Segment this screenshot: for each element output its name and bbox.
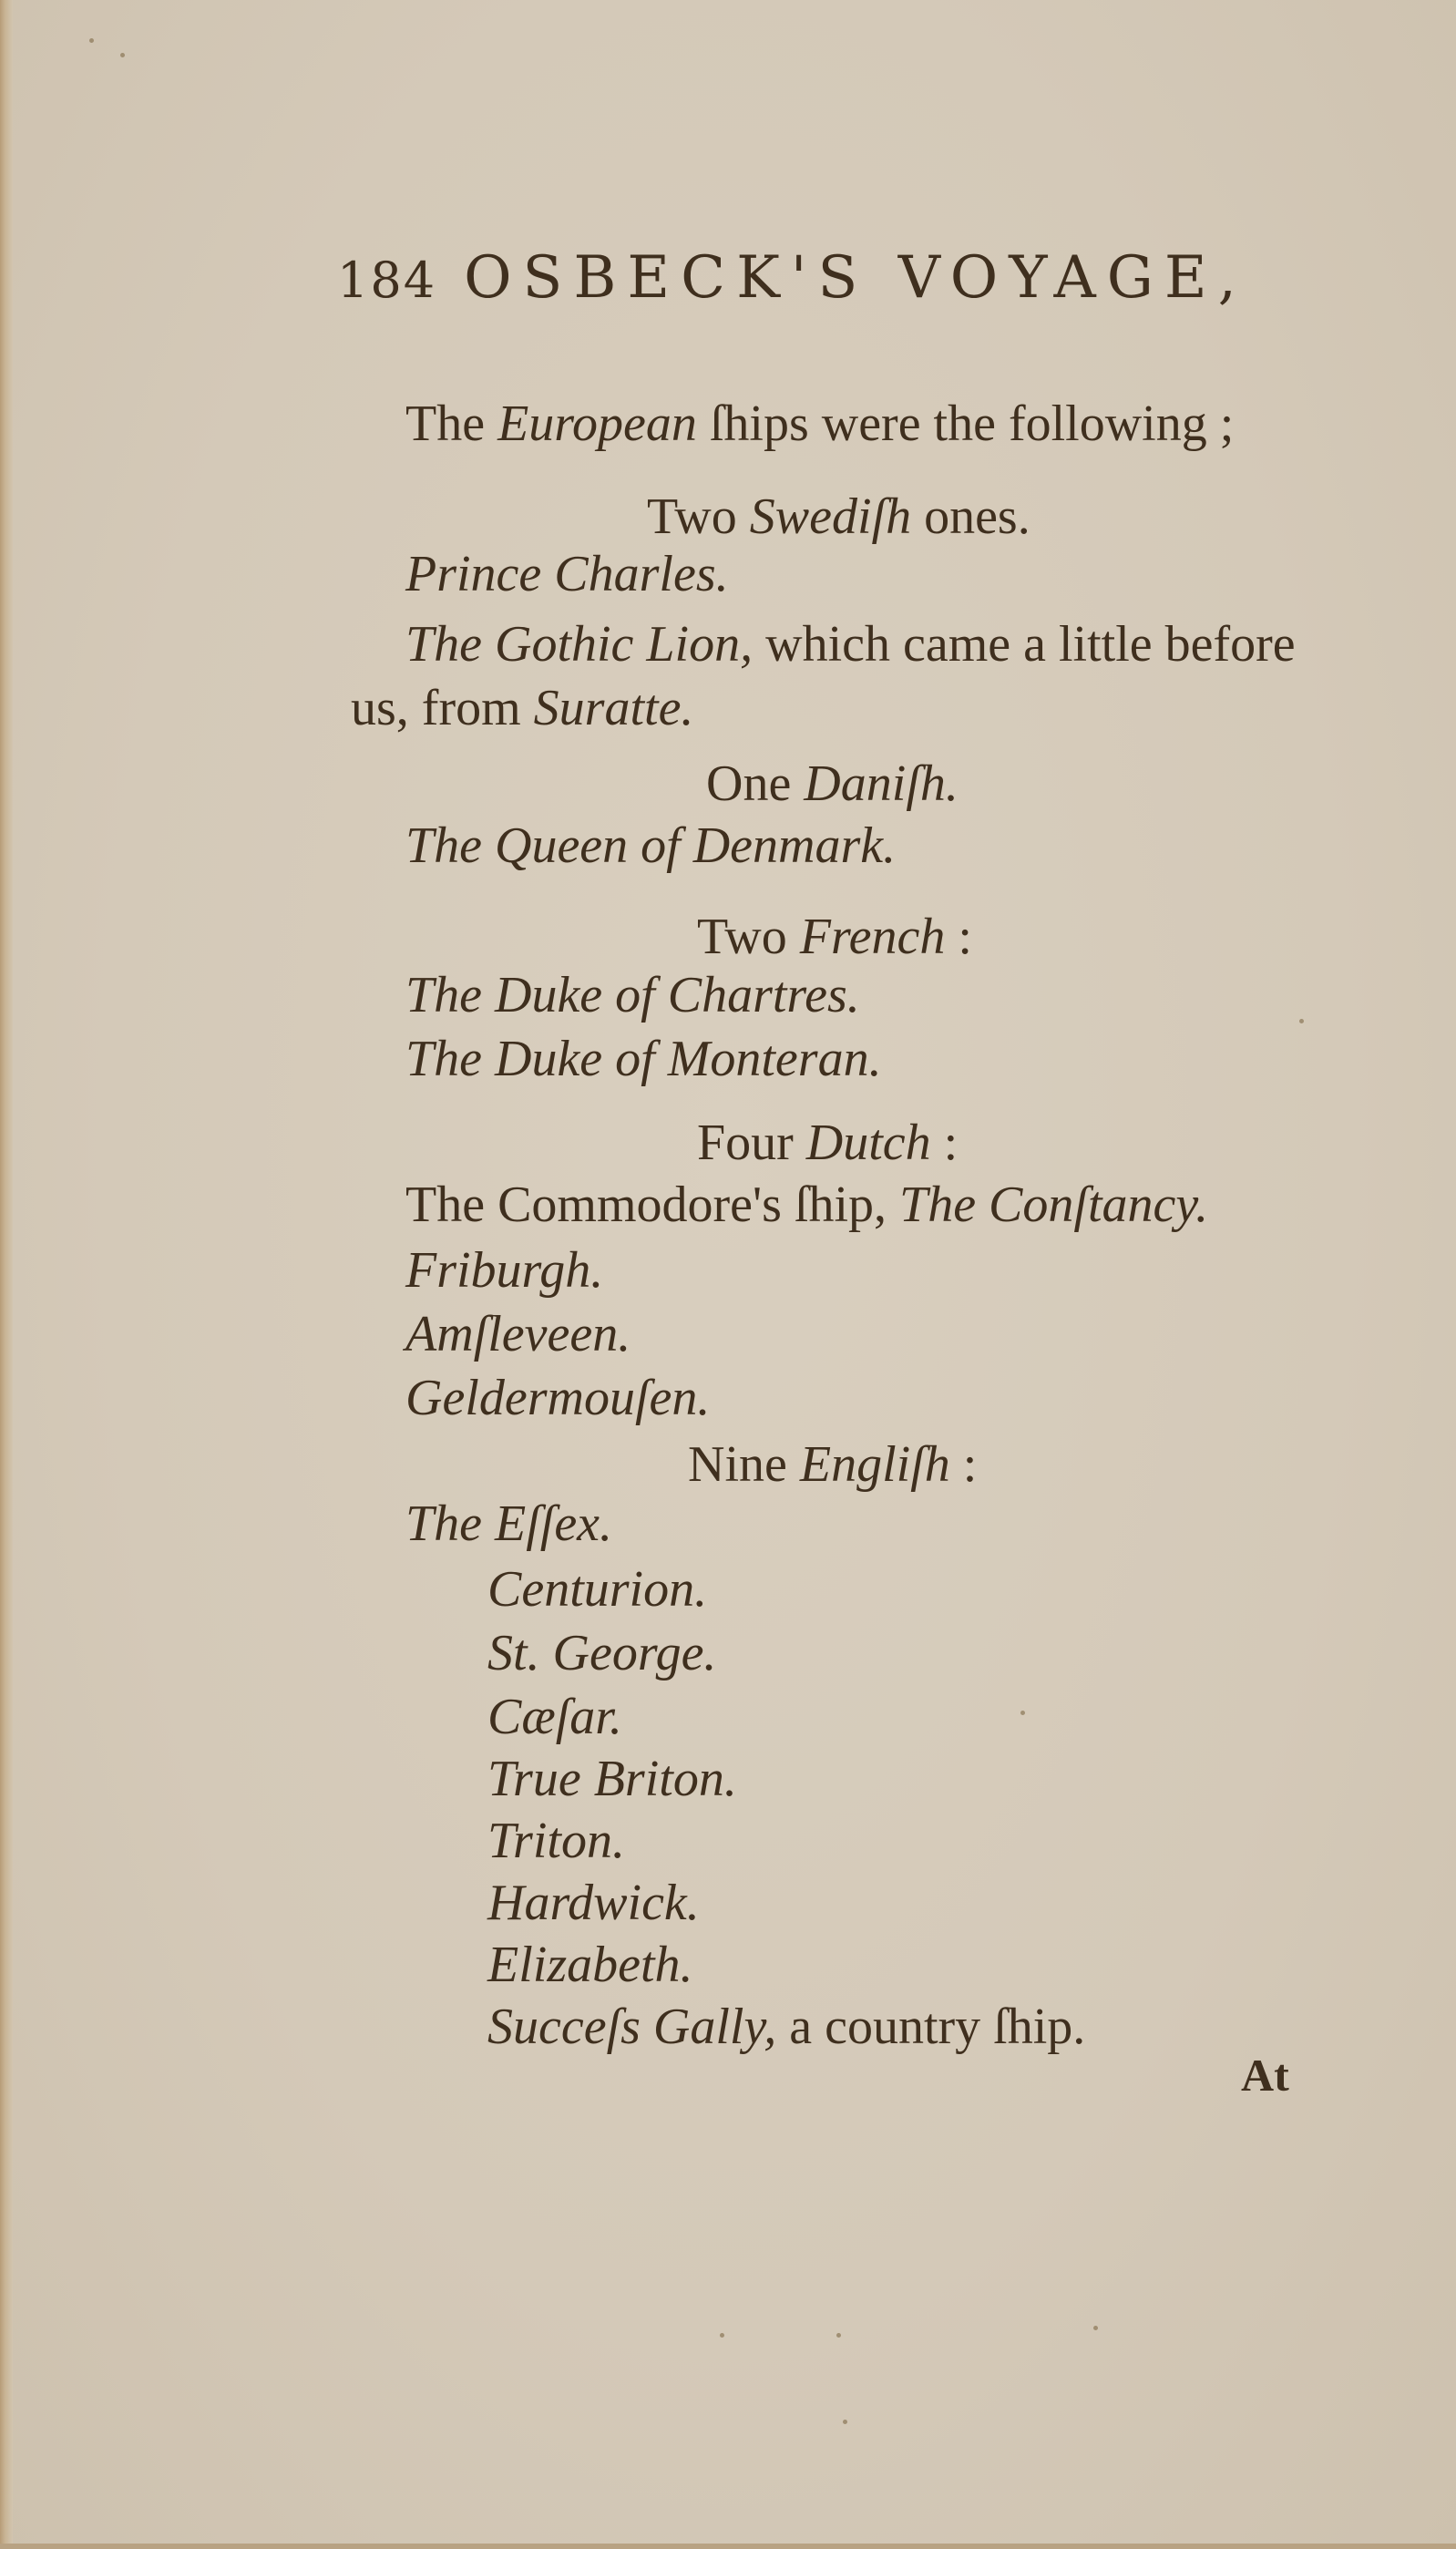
paper-speck bbox=[1020, 1711, 1025, 1715]
intro-post: ſhips were the following ; bbox=[697, 396, 1234, 452]
ship-name: The Gothic Lion, bbox=[405, 616, 753, 673]
heading-italic: Engliſh bbox=[800, 1436, 950, 1493]
intro-pre: The bbox=[405, 396, 497, 452]
page-bottom-edge bbox=[0, 2544, 1456, 2549]
heading-tail: ones. bbox=[911, 488, 1030, 545]
ship-note: a country ſhip. bbox=[776, 1999, 1085, 2055]
section-heading-french: Two French : bbox=[697, 908, 972, 966]
place-name: Suratte. bbox=[534, 680, 694, 736]
ship-entry: The Queen of Denmark. bbox=[405, 817, 896, 875]
heading-tail: : bbox=[945, 909, 972, 965]
heading-roman: Four bbox=[697, 1115, 806, 1171]
ship-entry: The Eſſex. bbox=[405, 1495, 612, 1553]
ship-name: The Conſtancy. bbox=[899, 1177, 1208, 1233]
ship-entry: The Duke of Chartres. bbox=[405, 966, 860, 1024]
ship-entry: The Duke of Monteran. bbox=[405, 1030, 882, 1088]
running-head: 184OSBECK'S VOYAGE, bbox=[337, 244, 1247, 312]
ship-entry: The Commodore's ſhip, The Conſtancy. bbox=[405, 1176, 1208, 1234]
heading-roman: Two bbox=[647, 488, 750, 545]
section-heading-swedish: Two Swediſh ones. bbox=[647, 488, 1030, 546]
paper-speck bbox=[720, 2333, 724, 2338]
heading-tail: : bbox=[931, 1115, 959, 1171]
heading-roman: One bbox=[706, 755, 804, 812]
binding-edge bbox=[0, 0, 13, 2549]
ship-entry: Prince Charles. bbox=[405, 545, 729, 603]
ship-entry: Amſleveen. bbox=[405, 1305, 631, 1363]
catchword: At bbox=[1241, 2049, 1289, 2102]
heading-tail: : bbox=[950, 1436, 978, 1493]
ship-entry: Centurion. bbox=[487, 1560, 707, 1619]
heading-roman: Two bbox=[697, 909, 800, 965]
page-number: 184 bbox=[337, 252, 436, 309]
running-title: OSBECK'S VOYAGE, bbox=[464, 244, 1247, 312]
paper-speck bbox=[1093, 2326, 1098, 2330]
ship-entry: Triton. bbox=[487, 1812, 625, 1870]
section-heading-english: Nine Engliſh : bbox=[688, 1435, 977, 1494]
section-heading-danish: One Daniſh. bbox=[706, 755, 959, 813]
heading-italic: Swediſh bbox=[750, 488, 911, 545]
ship-entry: St. George. bbox=[487, 1624, 716, 1682]
heading-roman: Nine bbox=[688, 1436, 800, 1493]
ship-entry: Elizabeth. bbox=[487, 1936, 693, 1994]
ship-name: Succeſs Gally, bbox=[487, 1999, 776, 2055]
paper-speck bbox=[89, 38, 94, 43]
ship-note: which came a little before bbox=[753, 616, 1296, 673]
ship-note: The Commodore's ſhip, bbox=[405, 1177, 899, 1233]
ship-entry: Hardwick. bbox=[487, 1874, 700, 1932]
intro-line: The European ſhips were the following ; bbox=[405, 395, 1234, 453]
heading-italic: Daniſh. bbox=[804, 755, 959, 812]
intro-italic: European bbox=[497, 396, 697, 452]
ship-note: us, from bbox=[351, 680, 534, 736]
paper-speck bbox=[120, 53, 125, 57]
ship-entry-continuation: us, from Suratte. bbox=[351, 679, 693, 737]
section-heading-dutch: Four Dutch : bbox=[697, 1114, 958, 1172]
book-page: 184OSBECK'S VOYAGE, The European ſhips w… bbox=[0, 0, 1456, 2549]
ship-entry: True Briton. bbox=[487, 1750, 737, 1808]
paper-speck bbox=[1299, 1019, 1304, 1023]
ship-entry: Cæſar. bbox=[487, 1688, 622, 1746]
heading-italic: French bbox=[800, 909, 946, 965]
paper-speck bbox=[836, 2333, 841, 2338]
paper-speck bbox=[843, 2420, 847, 2424]
ship-entry: Friburgh. bbox=[405, 1241, 603, 1300]
ship-entry: Succeſs Gally, a country ſhip. bbox=[487, 1998, 1085, 2056]
heading-italic: Dutch bbox=[806, 1115, 931, 1171]
ship-entry: Geldermouſen. bbox=[405, 1369, 710, 1427]
ship-entry: The Gothic Lion, which came a little bef… bbox=[405, 615, 1296, 673]
